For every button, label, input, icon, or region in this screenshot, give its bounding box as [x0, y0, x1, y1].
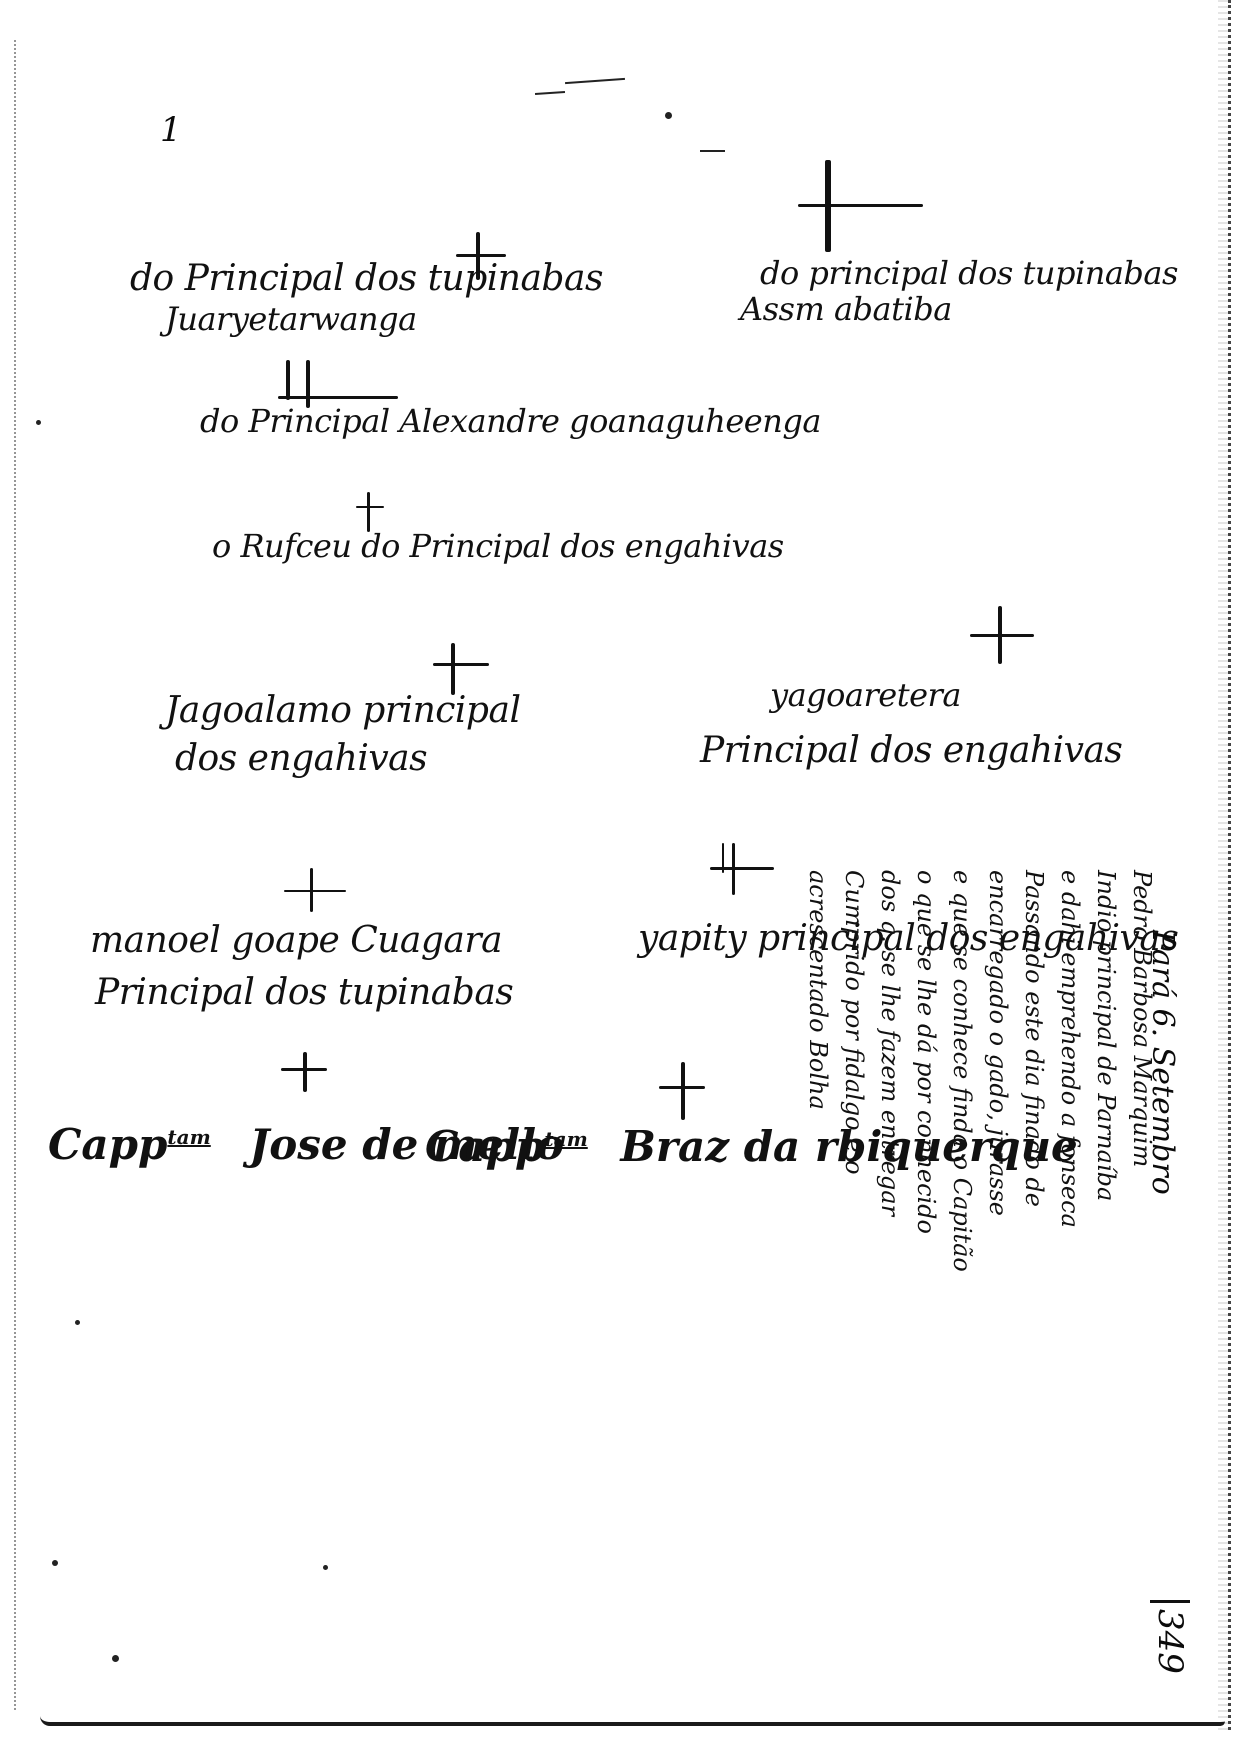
ink-speck [112, 1655, 119, 1662]
top-pen-stroke [565, 78, 625, 84]
entry-1-line-1: do Principal dos tupinabas [130, 258, 603, 299]
signature-1-title-sup: tam [167, 1125, 210, 1149]
margin-note-line: encarregado o gado, jurasse [980, 870, 1016, 1630]
margin-note-line: dos q. se lhe fazem entregar [872, 870, 908, 1630]
manuscript-page: 1 do Principal dos tupinabas Juaryetarwa… [0, 0, 1240, 1755]
margin-note-line: Pedro Barbosa Marquim [1124, 870, 1160, 1630]
margin-note-line: Cumprido por fidalgo e o [836, 870, 872, 1630]
margin-note-line: Indio principal de Parnaíba [1088, 870, 1124, 1630]
entry-6-line-2: Principal dos engahivas [700, 730, 1122, 771]
page-right-edge [1218, 0, 1231, 1730]
ink-speck [75, 1320, 80, 1325]
ink-speck [665, 112, 672, 119]
signature-2-title-sup: tam [544, 1127, 587, 1151]
entry-2-line-2: Assm abatiba [740, 290, 952, 328]
entry-5-line-1: Jagoalamo principal [165, 690, 520, 731]
page-bottom-edge [40, 1716, 1225, 1726]
entry-6-line-1: yagoaretera [770, 676, 961, 714]
entry-3-line-1: do Principal Alexandre goanaguheenga [200, 402, 821, 440]
folio-number: 349 [1150, 1600, 1190, 1674]
entry-4-line-1: o Rufceu do Principal dos engahivas [212, 527, 784, 565]
margin-note-line: e que se conhece finda o Capitão [944, 870, 980, 1630]
top-pen-stroke [535, 91, 565, 95]
margin-note-line: acrescentado Bolha [800, 870, 836, 1630]
ink-speck [36, 420, 41, 425]
entry-5-line-2: dos engahivas [175, 738, 427, 779]
entry-7-line-2: Principal dos tupinabas [95, 972, 513, 1013]
margin-note-line: Passando este dia finado de [1016, 870, 1052, 1630]
ink-speck [52, 1560, 58, 1566]
entry-1-line-2: Juaryetarwanga [165, 300, 417, 338]
marginal-note: Pedro Barbosa Marquim Indio principal de… [800, 870, 1160, 1630]
page-left-edge [14, 40, 20, 1710]
signature-1-title: Capp [48, 1120, 167, 1169]
signature-2-title: Capp [425, 1122, 544, 1171]
top-pen-stroke [700, 150, 725, 152]
entry-2-line-1: do principal dos tupinabas [760, 254, 1178, 292]
margin-note-line: e dahi emprehendo a fonseca [1052, 870, 1088, 1630]
ink-speck [323, 1565, 328, 1570]
margin-note-line: o que se lhe dá por conhecido [908, 870, 944, 1630]
entry-7-line-1: manoel goape Cuagara [90, 920, 502, 961]
page-mark: 1 [160, 110, 182, 150]
